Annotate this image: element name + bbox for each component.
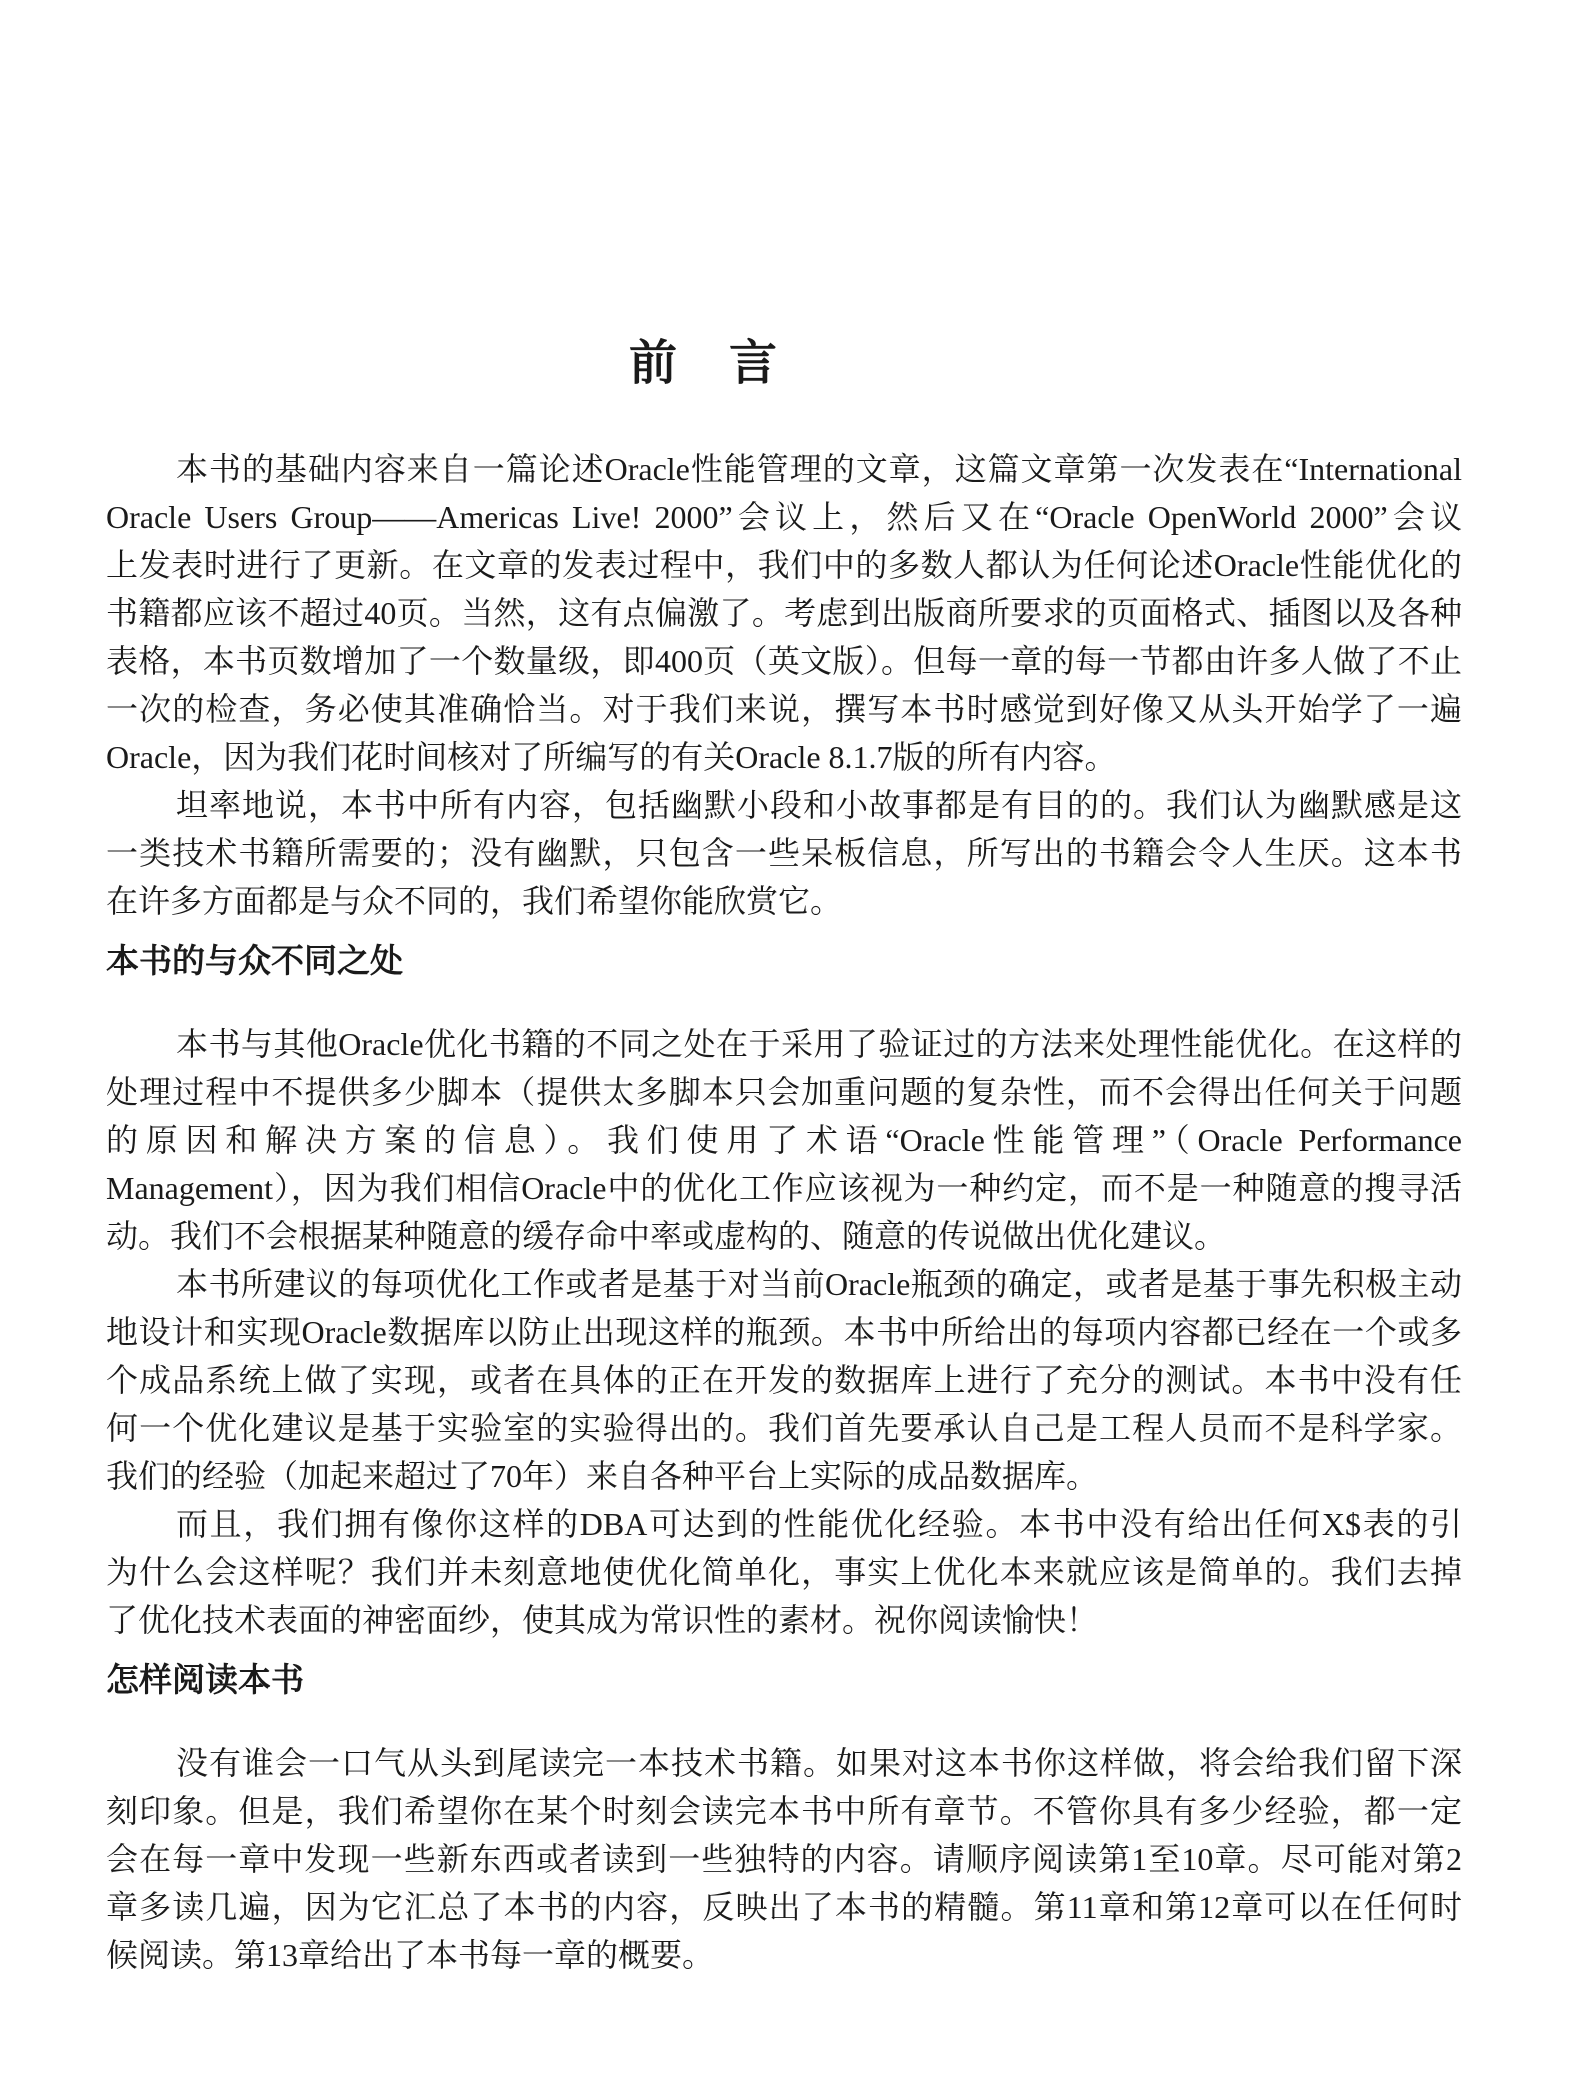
text-line: 书籍都应该不超过40页。当然，这有点偏激了。考虑到出版商所要求的页面格式、插图以… — [106, 589, 1462, 637]
text-line: 何一个优化建议是基于实验室的实验得出的。我们首先要承认自己是工程人员而不是科学家… — [106, 1404, 1462, 1452]
page-content: 本书的基础内容来自一篇论述Oracle性能管理的文章，这篇文章第一次发表在“In… — [106, 445, 1462, 1979]
text-line: 表格，本书页数增加了一个数量级，即400页（英文版）。但每一章的每一节都由许多人… — [106, 637, 1462, 685]
section-heading-how-to-read: 怎样阅读本书 — [106, 1660, 1462, 1700]
paragraph-dba: 而且，我们拥有像你这样的DBA可达到的性能优化经验。本书中没有给出任何X$表的引… — [106, 1500, 1462, 1644]
text-line: 坦率地说，本书中所有内容，包括幽默小段和小故事都是有目的的。我们认为幽默感是这 — [106, 781, 1462, 829]
text-line: 动。我们不会根据某种随意的缓存命中率或虚构的、随意的传说做出优化建议。 — [106, 1212, 1462, 1260]
text-line: 处理过程中不提供多少脚本（提供太多脚本只会加重问题的复杂性，而不会得出任何关于问… — [106, 1068, 1462, 1116]
paragraph-intro: 本书的基础内容来自一篇论述Oracle性能管理的文章，这篇文章第一次发表在“In… — [106, 445, 1462, 781]
text-line: 在许多方面都是与众不同的，我们希望你能欣赏它。 — [106, 877, 1462, 925]
text-line: 了优化技术表面的神密面纱，使其成为常识性的素材。祝你阅读愉快！ — [106, 1596, 1462, 1644]
paragraph-humor: 坦率地说，本书中所有内容，包括幽默小段和小故事都是有目的的。我们认为幽默感是这 … — [106, 781, 1462, 925]
text-line: 本书与其他Oracle优化书籍的不同之处在于采用了验证过的方法来处理性能优化。在… — [106, 1020, 1462, 1068]
text-line: 没有谁会一口气从头到尾读完一本技术书籍。如果对这本书你这样做，将会给我们留下深 — [106, 1739, 1462, 1787]
text-line: 本书所建议的每项优化工作或者是基于对当前Oracle瓶颈的确定，或者是基于事先积… — [106, 1260, 1462, 1308]
text-line: 个成品系统上做了实现，或者在具体的正在开发的数据库上进行了充分的测试。本书中没有… — [106, 1356, 1462, 1404]
text-line: 会在每一章中发现一些新东西或者读到一些独特的内容。请顺序阅读第1至10章。尽可能… — [106, 1835, 1462, 1883]
text-line: 候阅读。第13章给出了本书每一章的概要。 — [106, 1931, 1462, 1979]
text-line: 为什么会这样呢？我们并未刻意地使优化简单化，事实上优化本来就应该是简单的。我们去… — [106, 1548, 1462, 1596]
text-line: Management），因为我们相信Oracle中的优化工作应该视为一种约定，而… — [106, 1164, 1462, 1212]
text-line: 我们的经验（加起来超过了70年）来自各种平台上实际的成品数据库。 — [106, 1452, 1462, 1500]
text-line: Oracle，因为我们花时间核对了所编写的有关Oracle 8.1.7版的所有内… — [106, 733, 1462, 781]
text-line: 的原因和解决方案的信息）。我们使用了术语“Oracle性能管理”（Oracle … — [106, 1116, 1462, 1164]
page-title: 前 言 — [26, 340, 1382, 388]
text-line: 一类技术书籍所需要的；没有幽默，只包含一些呆板信息，所写出的书籍会令人生厌。这本… — [106, 829, 1462, 877]
paragraph-reading: 没有谁会一口气从头到尾读完一本技术书籍。如果对这本书你这样做，将会给我们留下深 … — [106, 1739, 1462, 1979]
text-line: 而且，我们拥有像你这样的DBA可达到的性能优化经验。本书中没有给出任何X$表的引… — [106, 1500, 1462, 1548]
text-column: 前 言 本书的基础内容来自一篇论述Oracle性能管理的文章，这篇文章第一次发表… — [0, 0, 1584, 1979]
section-heading-uniqueness: 本书的与众不同之处 — [106, 941, 1462, 981]
text-line: Oracle Users Group——Americas Live! 2000”… — [106, 493, 1462, 541]
scanned-book-page: 前 言 本书的基础内容来自一篇论述Oracle性能管理的文章，这篇文章第一次发表… — [0, 0, 1584, 2088]
text-line: 刻印象。但是，我们希望你在某个时刻会读完本书中所有章节。不管你具有多少经验，都一… — [106, 1787, 1462, 1835]
text-line: 章多读几遍，因为它汇总了本书的内容，反映出了本书的精髓。第11章和第12章可以在… — [106, 1883, 1462, 1931]
text-line: 本书的基础内容来自一篇论述Oracle性能管理的文章，这篇文章第一次发表在“In… — [106, 445, 1462, 493]
text-line: 一次的检查，务必使其准确恰当。对于我们来说，撰写本书时感觉到好像又从头开始学了一… — [106, 685, 1462, 733]
text-line: 上发表时进行了更新。在文章的发表过程中，我们中的多数人都认为任何论述Oracle… — [106, 541, 1462, 589]
text-line: 地设计和实现Oracle数据库以防止出现这样的瓶颈。本书中所给出的每项内容都已经… — [106, 1308, 1462, 1356]
paragraph-method: 本书与其他Oracle优化书籍的不同之处在于采用了验证过的方法来处理性能优化。在… — [106, 1020, 1462, 1260]
paragraph-experience: 本书所建议的每项优化工作或者是基于对当前Oracle瓶颈的确定，或者是基于事先积… — [106, 1260, 1462, 1500]
